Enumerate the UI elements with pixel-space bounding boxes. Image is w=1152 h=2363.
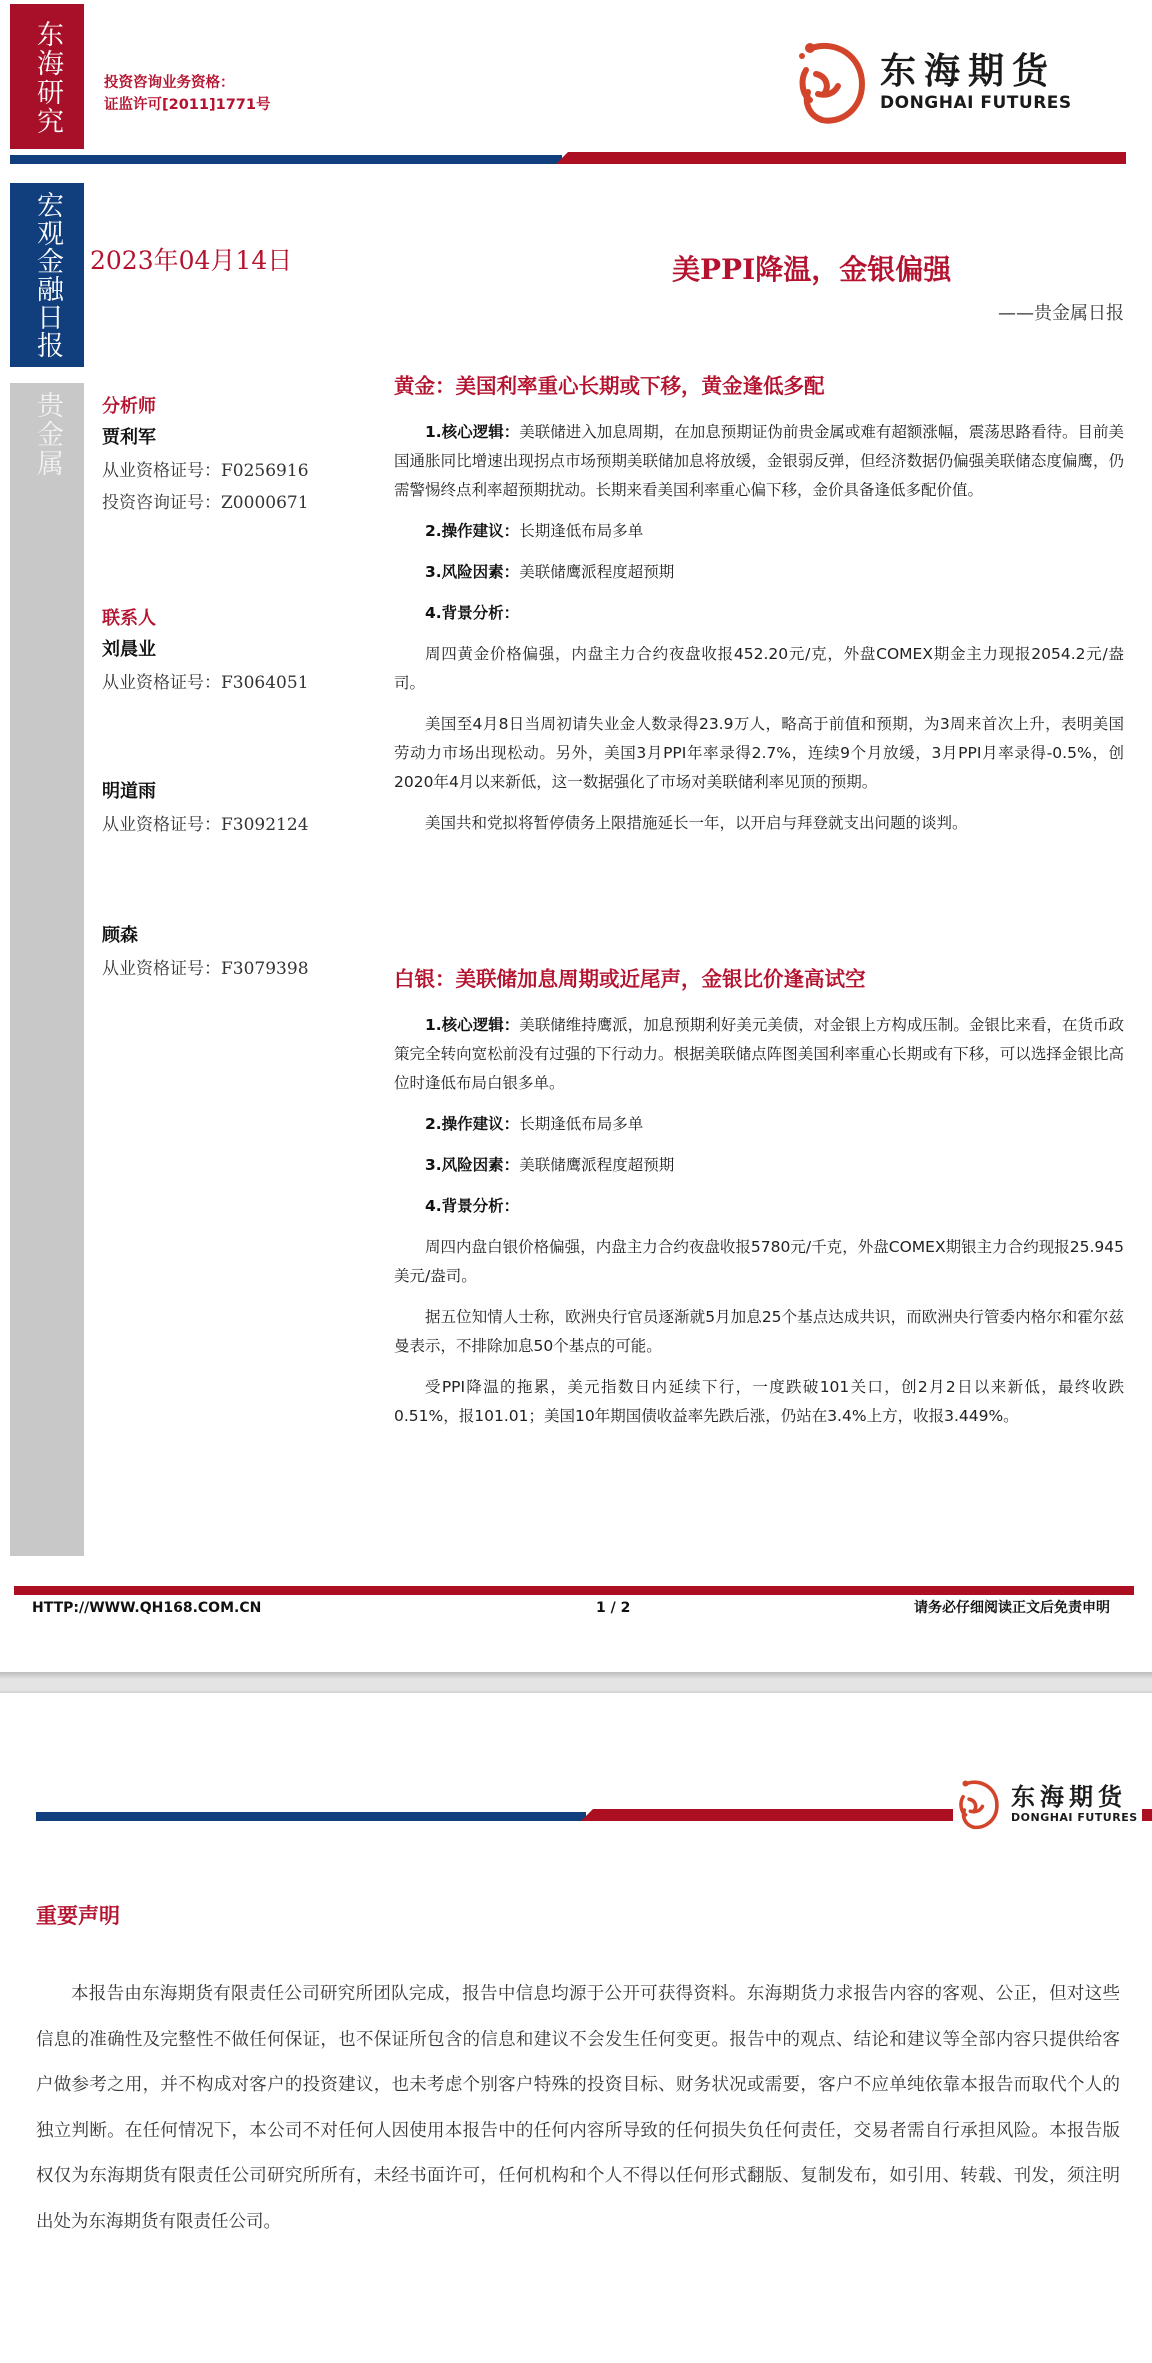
silver-section-title: 白银：美联储加息周期或近尾声，金银比价逢高试空 [394, 965, 1124, 993]
macro-daily-tag: 宏观金融日报 [10, 183, 84, 367]
analyst-cert-1: 从业资格证号：F0256916 [102, 459, 362, 483]
page2-rule-blue [36, 1812, 586, 1821]
analyst-cert-2: 投资咨询证号：Z0000671 [102, 491, 362, 515]
report-date: 2023年04月14日 [90, 246, 292, 276]
gold-section: 黄金：美国利率重心长期或下移，黄金逢低多配 1.核心逻辑：美联储进入加息周期，在… [394, 372, 1124, 838]
footer-page-number: 1 / 2 [596, 1598, 630, 1618]
gold-background-label: 4.背景分析： [425, 604, 519, 622]
macro-daily-tag-text: 宏观金融日报 [31, 191, 63, 359]
qualification-line-2: 证监许可[2011]1771号 [104, 94, 270, 116]
silver-section: 白银：美联储加息周期或近尾声，金银比价逢高试空 1.核心逻辑：美联储维持鹰派，加… [394, 965, 1124, 1431]
gold-risk: 3.风险因素：美联储鹰派程度超预期 [394, 558, 1124, 587]
silver-background-paragraph: 受PPI降温的拖累，美元指数日内延续下行，一度跌破101关口，创2月2日以来新低… [394, 1373, 1124, 1431]
analyst-contact-column: 分析师 贾利军 从业资格证号：F0256916 投资咨询证号：Z0000671 … [102, 395, 362, 981]
page-separator [0, 1672, 1152, 1693]
silver-background-heading: 4.背景分析： [394, 1192, 1124, 1221]
report-subtitle: ——贵金属日报 [998, 302, 1124, 326]
header-rule-blue [10, 155, 562, 164]
footer-notice: 请务必仔细阅读正文后免责申明 [914, 1598, 1110, 1618]
logo-english-name: DONGHAI FUTURES [1011, 1811, 1138, 1825]
logo-english-name: DONGHAI FUTURES [880, 93, 1072, 113]
gold-background-paragraph: 美国至4月8日当周初请失业金人数录得23.9万人，略高于前值和预期，为3周来首次… [394, 710, 1124, 797]
gold-background-heading: 4.背景分析： [394, 599, 1124, 628]
precious-metals-tag-text: 贵金属 [31, 391, 63, 478]
page2-rule-slant [581, 1809, 593, 1821]
contact-label: 联系人 [102, 607, 362, 631]
contact-name: 明道雨 [102, 779, 362, 805]
contact-name: 刘晨业 [102, 637, 362, 663]
silver-risk-label: 3.风险因素： [425, 1156, 519, 1174]
contact-name: 顾森 [102, 923, 362, 949]
contact-cert: 从业资格证号：F3092124 [102, 813, 362, 837]
gold-risk-text: 美联储鹰派程度超预期 [519, 563, 674, 581]
report-title: 美PPI降温，金银偏强 [672, 253, 951, 287]
disclaimer-title: 重要声明 [36, 1902, 120, 1930]
footer-rule [14, 1586, 1134, 1595]
gold-advice-label: 2.操作建议： [425, 522, 519, 540]
dragon-logo-icon [796, 34, 872, 130]
footer-website-link[interactable]: HTTP://WWW.QH168.COM.CN [32, 1598, 261, 1618]
silver-risk-text: 美联储鹰派程度超预期 [519, 1156, 674, 1174]
gold-risk-label: 3.风险因素： [425, 563, 519, 581]
silver-background-label: 4.背景分析： [425, 1197, 519, 1215]
gold-advice: 2.操作建议：长期逢低布局多单 [394, 517, 1124, 546]
gold-advice-text: 长期逢低布局多单 [519, 522, 643, 540]
gold-core-logic-label: 1.核心逻辑： [425, 423, 519, 441]
silver-advice: 2.操作建议：长期逢低布局多单 [394, 1110, 1124, 1139]
company-logo: 东海期货 DONGHAI FUTURES [796, 34, 1072, 130]
silver-core-logic: 1.核心逻辑：美联储维持鹰派，加息预期利好美元美债，对金银上方构成压制。金银比来… [394, 1011, 1124, 1098]
silver-advice-label: 2.操作建议： [425, 1115, 519, 1133]
report-page-1: 东海研究 投资咨询业务资格： 证监许可[2011]1771号 东海期货 DONG… [0, 0, 1152, 1672]
silver-core-logic-label: 1.核心逻辑： [425, 1016, 519, 1034]
analyst-label: 分析师 [102, 395, 362, 419]
dragon-logo-icon [957, 1775, 1003, 1833]
qualification-block: 投资咨询业务资格： 证监许可[2011]1771号 [104, 72, 270, 116]
contact-cert: 从业资格证号：F3064051 [102, 671, 362, 695]
gold-background-paragraph: 周四黄金价格偏强，内盘主力合约夜盘收报452.20元/克，外盘COMEX期金主力… [394, 640, 1124, 698]
gold-section-title: 黄金：美国利率重心长期或下移，黄金逢低多配 [394, 372, 1124, 400]
precious-metals-tag: 贵金属 [10, 383, 84, 1556]
silver-background-paragraph: 据五位知情人士称，欧洲央行官员逐渐就5月加息25个基点达成共识，而欧洲央行管委内… [394, 1303, 1124, 1361]
silver-risk: 3.风险因素：美联储鹰派程度超预期 [394, 1151, 1124, 1180]
gold-core-logic: 1.核心逻辑：美联储进入加息周期，在加息预期证伪前贵金属或难有超额涨幅，震荡思路… [394, 418, 1124, 505]
contact-cert: 从业资格证号：F3079398 [102, 957, 362, 981]
logo-chinese-name: 东海期货 [1011, 1783, 1138, 1811]
silver-background-paragraph: 周四内盘白银价格偏强，内盘主力合约夜盘收报5780元/千克，外盘COMEX期银主… [394, 1233, 1124, 1291]
research-tag: 东海研究 [10, 4, 84, 149]
research-tag-text: 东海研究 [31, 20, 63, 136]
header-rule-slant [556, 152, 568, 164]
qualification-line-1: 投资咨询业务资格： [104, 72, 270, 94]
disclaimer-text: 本报告由东海期货有限责任公司研究所团队完成，报告中信息均源于公开可获得资料。东海… [36, 1972, 1120, 2245]
analyst-name: 贾利军 [102, 425, 362, 451]
logo-chinese-name: 东海期货 [880, 51, 1072, 93]
silver-advice-text: 长期逢低布局多单 [519, 1115, 643, 1133]
page2-company-logo: 东海期货 DONGHAI FUTURES [953, 1775, 1142, 1833]
gold-background-paragraph: 美国共和党拟将暂停债务上限措施延长一年，以开启与拜登就支出问题的谈判。 [394, 809, 1124, 838]
header-rule-red [568, 152, 1126, 164]
